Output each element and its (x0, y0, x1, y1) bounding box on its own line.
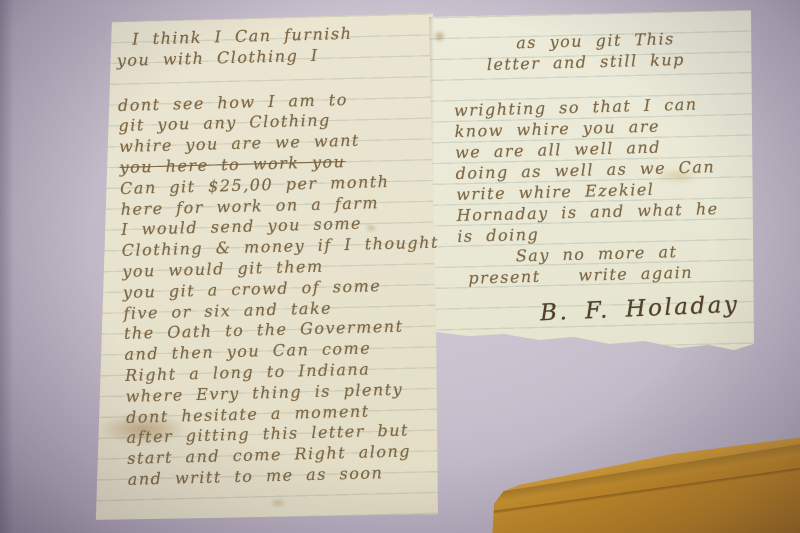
envelope (478, 428, 800, 533)
page-two-handwriting: as you git Thisletter and still kupwrigh… (452, 26, 759, 289)
envelope-highlight (478, 429, 800, 508)
photo-edge-shadow (0, 0, 14, 533)
letter-photograph: I think I Can furnishyou with Clothing I… (0, 0, 800, 533)
page-one-handwriting: I think I Can furnishyou with Clothing I… (116, 22, 448, 491)
